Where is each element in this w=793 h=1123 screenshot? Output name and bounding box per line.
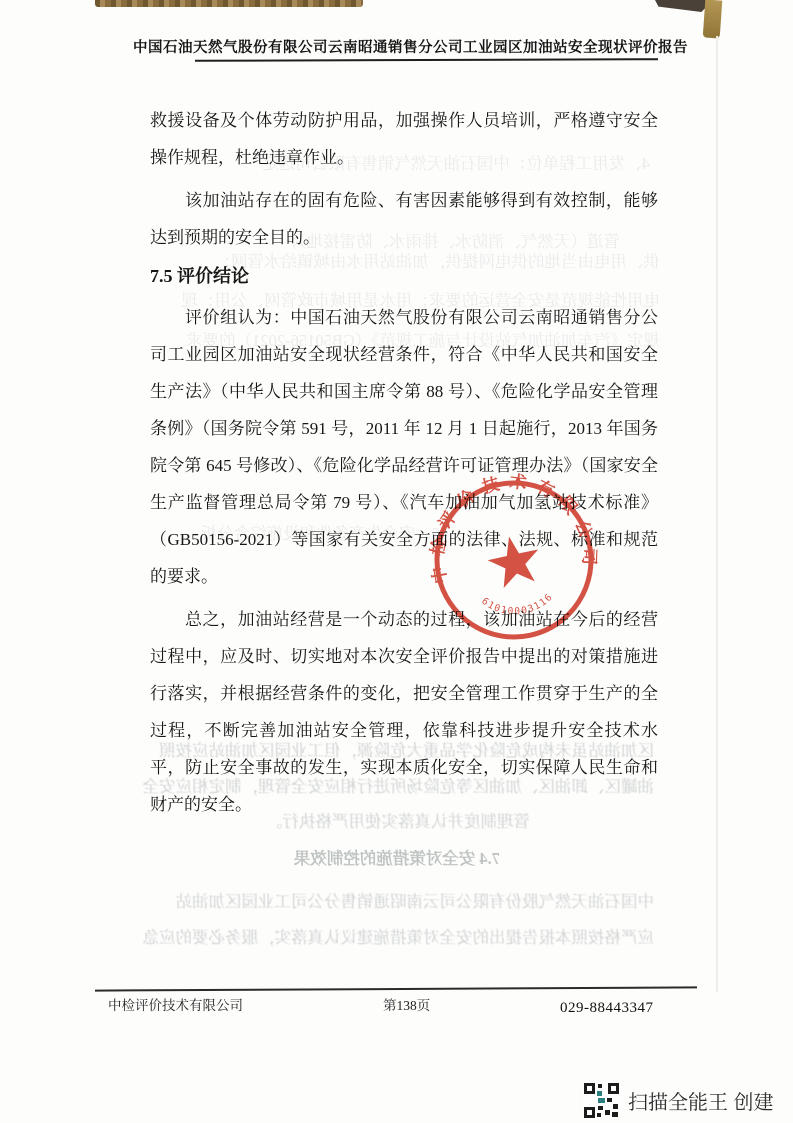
scan-edge-top-strip [95,0,363,7]
company-seal-stamp: 中检评价技术有限公司 61010003116 [407,453,620,666]
ghost-section-heading: 7.4 安全对策措施的控制效果 [294,845,500,869]
section-heading-7-5: 7.5 评价结论 [150,258,658,295]
qr-code-icon [583,1082,620,1119]
footer-phone-number: 029-88443347 [560,1000,654,1017]
paragraph-continued: 救援设备及个体劳动防护用品，加强操作人员培训，严格遵守安全操作规程，杜绝违章作业… [150,102,658,176]
seal-serial-number: 61010003116 [478,582,558,625]
footer-company-name: 中检评价技术有限公司 [108,994,243,1014]
paragraph: 该加油站存在的固有危险、有害因素能够得到有效控制，能够达到预期的安全目的。 [150,182,658,256]
stamp-star-icon [484,531,545,590]
scanner-watermark: 扫描全能王 创建 [583,1082,774,1119]
ghost-line: 中国石油天然气股份有限公司云南昭通销售分公司工业园区加油站 [176,888,655,912]
ghost-line: 应严格按照本报告提出的安全对策措施建议认真落实，服务必要的应急 [143,924,655,948]
scanner-watermark-label: 扫描全能王 创建 [628,1086,774,1115]
scan-corner-paper-edge [703,0,723,39]
report-header-title: 中国石油天然气股份有限公司云南昭通销售分公司工业园区加油站安全现状评价报告 [0,36,793,57]
header-rule [195,58,658,62]
svg-text:61010003116: 61010003116 [478,582,558,625]
page-fold-line [716,36,718,992]
footer-rule [95,986,697,991]
footer-page-number: 第138页 [383,994,430,1014]
scanned-report-page: 中国石油天然气股份有限公司云南昭通销售分公司工业园区加油站安全现状评价报告 4、… [0,0,793,1123]
